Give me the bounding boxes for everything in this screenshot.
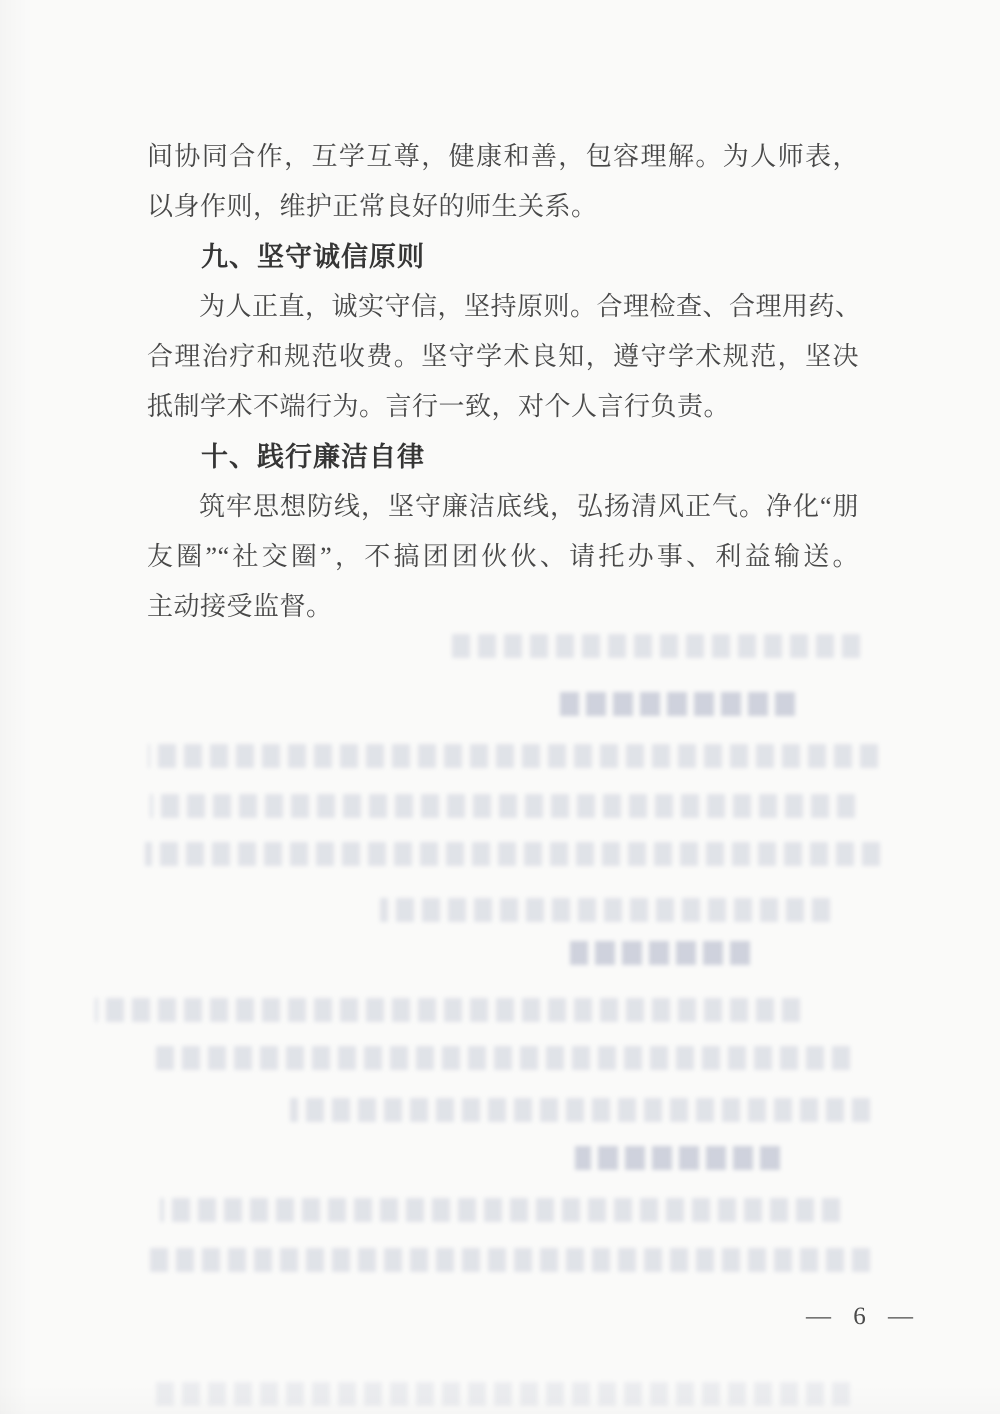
- bleedthrough-line: [148, 744, 878, 768]
- bleedthrough-line: [145, 842, 880, 866]
- body-text-line: 筑牢思想防线，坚守廉洁底线，弘扬清风正气。净化“朋: [147, 482, 859, 532]
- page-number: — 6 —: [806, 1303, 915, 1331]
- bleedthrough-line: [150, 1046, 850, 1070]
- body-text-line: 为人正直，诚实守信，坚持原则。合理检查、合理用药、: [147, 282, 859, 332]
- bleedthrough-line: [575, 1146, 780, 1170]
- bleedthrough-line: [560, 692, 795, 716]
- bleedthrough-line: [445, 634, 860, 658]
- section-heading: 十、践行廉洁自律: [147, 432, 859, 482]
- body-text-line: 主动接受监督。: [147, 582, 859, 632]
- document-page: 间协同合作，互学互尊，健康和善，包容理解。为人师表， 以身作则，维护正常良好的师…: [0, 0, 1000, 1414]
- bleedthrough-line: [160, 1198, 840, 1222]
- main-text-block: 间协同合作，互学互尊，健康和善，包容理解。为人师表， 以身作则，维护正常良好的师…: [147, 132, 859, 632]
- body-text-line: 以身作则，维护正常良好的师生关系。: [147, 182, 859, 232]
- bleedthrough-line: [150, 1248, 870, 1272]
- bleedthrough-line: [570, 941, 750, 965]
- bleedthrough-line: [150, 1382, 850, 1406]
- body-text-line: 友圈”“社交圈”，不搞团团伙伙、请托办事、利益输送。: [147, 532, 859, 582]
- section-heading: 九、坚守诚信原则: [147, 232, 859, 282]
- body-text-line: 合理治疗和规范收费。坚守学术良知，遵守学术规范，坚决: [147, 332, 859, 382]
- bleedthrough-line: [290, 1098, 870, 1122]
- bleedthrough-line: [380, 898, 830, 922]
- body-text-line: 抵制学术不端行为。言行一致，对个人言行负责。: [147, 382, 859, 432]
- bleedthrough-line: [150, 794, 855, 818]
- bleedthrough-line: [95, 998, 800, 1022]
- body-text-line: 间协同合作，互学互尊，健康和善，包容理解。为人师表，: [147, 132, 859, 182]
